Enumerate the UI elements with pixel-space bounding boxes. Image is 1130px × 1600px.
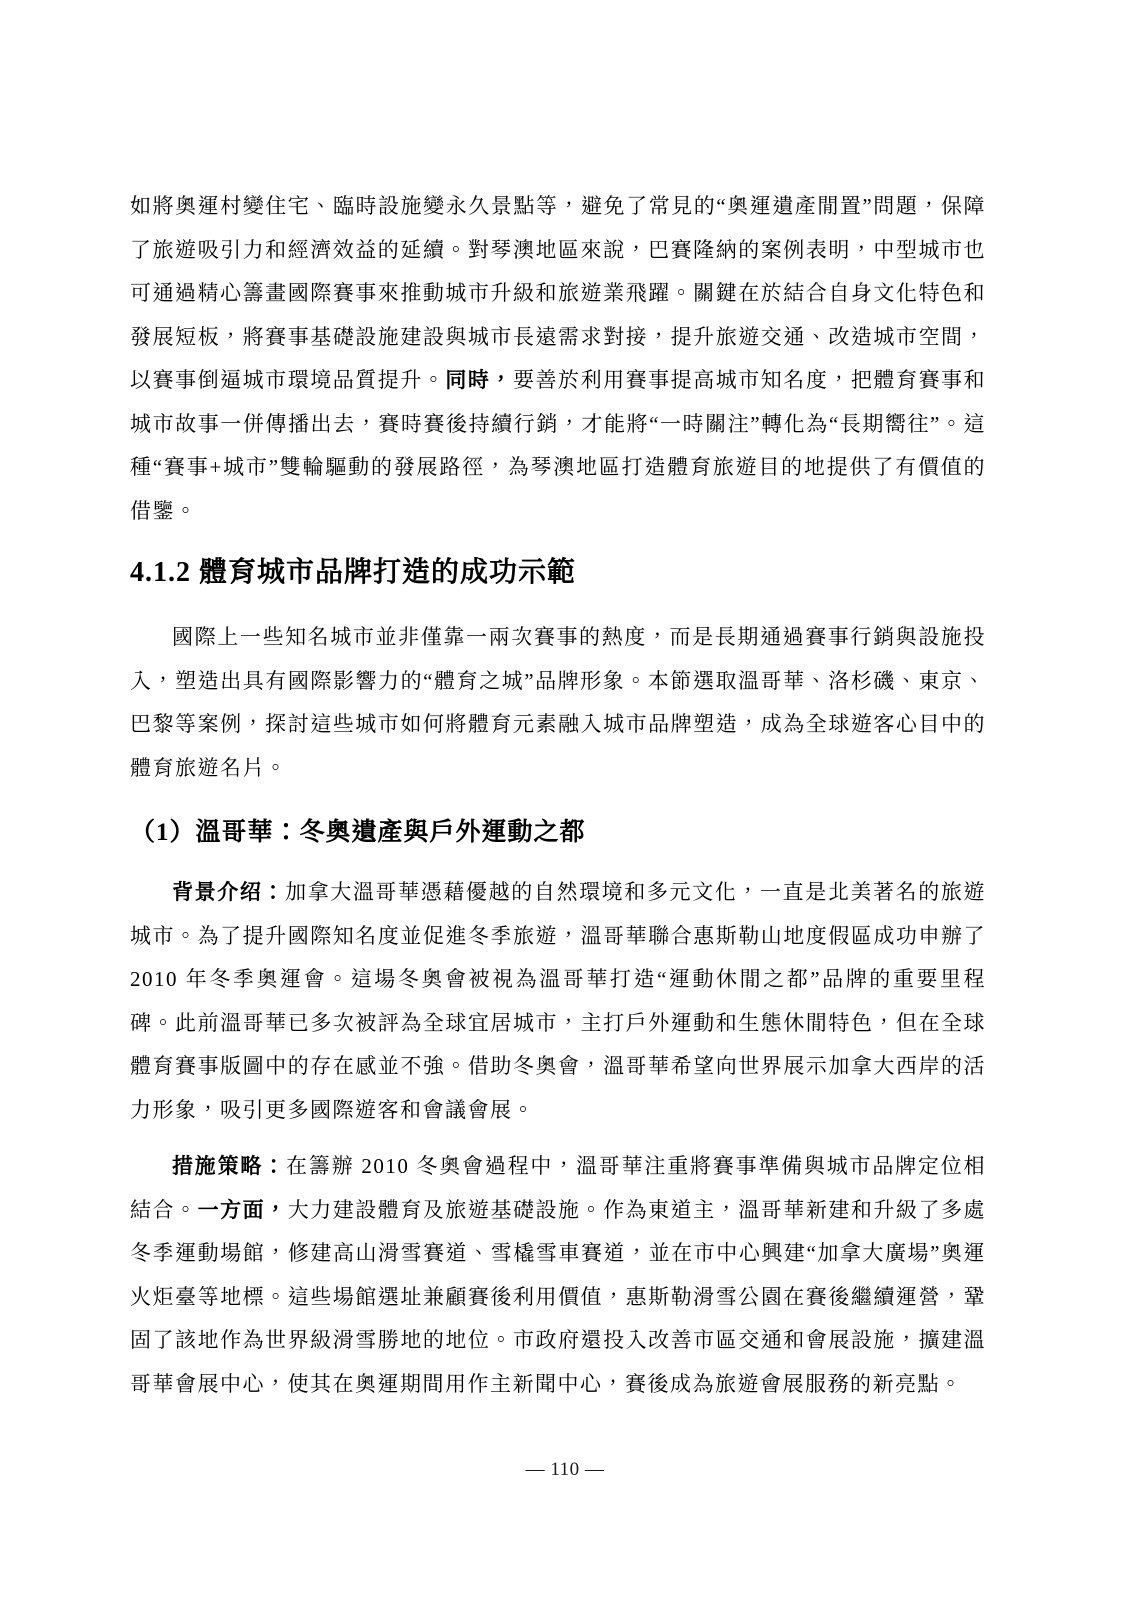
document-page: 如將奧運村變住宅、臨時設施變永久景點等，避免了常見的“奧運遺產閒置”問題，保障了… <box>0 0 1130 1600</box>
background-paragraph: 背景介绍：加拿大溫哥華憑藉優越的自然環境和多元文化，一直是北美著名的旅遊城市。為… <box>130 871 986 1132</box>
text-run: 加拿大溫哥華憑藉優越的自然環境和多元文化，一直是北美著名的旅遊城市。為了提升國際… <box>130 880 986 1122</box>
page-number: — 110 — <box>0 1458 1130 1482</box>
lead-in-label: 措施策略： <box>172 1154 286 1178</box>
continuation-paragraph: 如將奧運村變住宅、臨時設施變永久景點等，避免了常見的“奧運遺產閒置”問題，保障了… <box>130 185 986 533</box>
text-run: 國際上一些知名城市並非僅靠一兩次賽事的熱度，而是長期通過賽事行銷與設施投入，塑造… <box>130 625 986 780</box>
bold-text-run: 同時， <box>445 368 513 392</box>
section-heading: 4.1.2 體育城市品牌打造的成功示範 <box>130 553 986 593</box>
subsection-heading: （1）溫哥華：冬奧遺產與戶外運動之都 <box>130 813 986 853</box>
bold-text-run: 一方面， <box>198 1198 288 1222</box>
measures-paragraph: 措施策略：在籌辦 2010 冬奧會過程中，溫哥華注重將賽事準備與城市品牌定位相結… <box>130 1145 986 1406</box>
document-body: 如將奧運村變住宅、臨時設施變永久景點等，避免了常見的“奧運遺產閒置”問題，保障了… <box>130 185 986 1406</box>
section-intro-paragraph: 國際上一些知名城市並非僅靠一兩次賽事的熱度，而是長期通過賽事行銷與設施投入，塑造… <box>130 616 986 790</box>
text-run: 如將奧運村變住宅、臨時設施變永久景點等，避免了常見的“奧運遺產閒置”問題，保障了… <box>130 194 986 392</box>
text-run: 大力建設體育及旅遊基礎設施。作為東道主，溫哥華新建和升級了多處冬季運動場館，修建… <box>130 1198 986 1396</box>
lead-in-label: 背景介绍： <box>172 880 285 904</box>
